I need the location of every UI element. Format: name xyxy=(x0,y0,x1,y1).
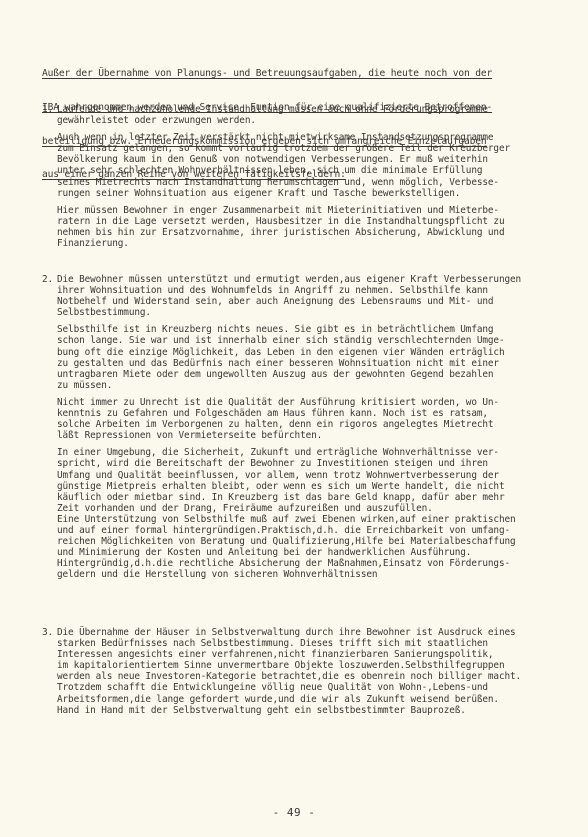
document-page: Außer der Übernahme von Planungs- und Be… xyxy=(0,0,588,837)
paragraph: Auch wenn in letzter Zeit verstärkt nich… xyxy=(57,132,566,199)
list-item-1: 1. Laufende und nachzuholende Instandhal… xyxy=(42,104,566,249)
paragraph: In einer Umgebung, die Sicherheit, Zukun… xyxy=(57,447,566,580)
paragraph: Die Bewohner müssen unterstützt und ermu… xyxy=(57,274,566,318)
list-item-number: 3. xyxy=(42,627,53,638)
paragraph: Laufende und nachzuholende Instandhaltun… xyxy=(57,104,566,126)
paragraph: Die Übernahme der Häuser in Selbstverwal… xyxy=(57,627,566,716)
intro-line: Außer der Übernahme von Planungs- und Be… xyxy=(42,68,552,79)
paragraph: Selbsthilfe ist in Kreuzberg nichts neue… xyxy=(57,324,566,391)
list-item-2: 2. Die Bewohner müssen unterstützt und e… xyxy=(42,274,566,580)
list-item-number: 1. xyxy=(42,104,53,115)
list-item-3: 3. Die Übernahme der Häuser in Selbstver… xyxy=(42,627,566,716)
page-number: - 49 - xyxy=(0,806,588,819)
list-item-number: 2. xyxy=(42,274,53,285)
paragraph: Nicht immer zu Unrecht ist die Qualität … xyxy=(57,397,566,441)
paragraph: Hier müssen Bewohner in enger Zusammenar… xyxy=(57,205,566,249)
